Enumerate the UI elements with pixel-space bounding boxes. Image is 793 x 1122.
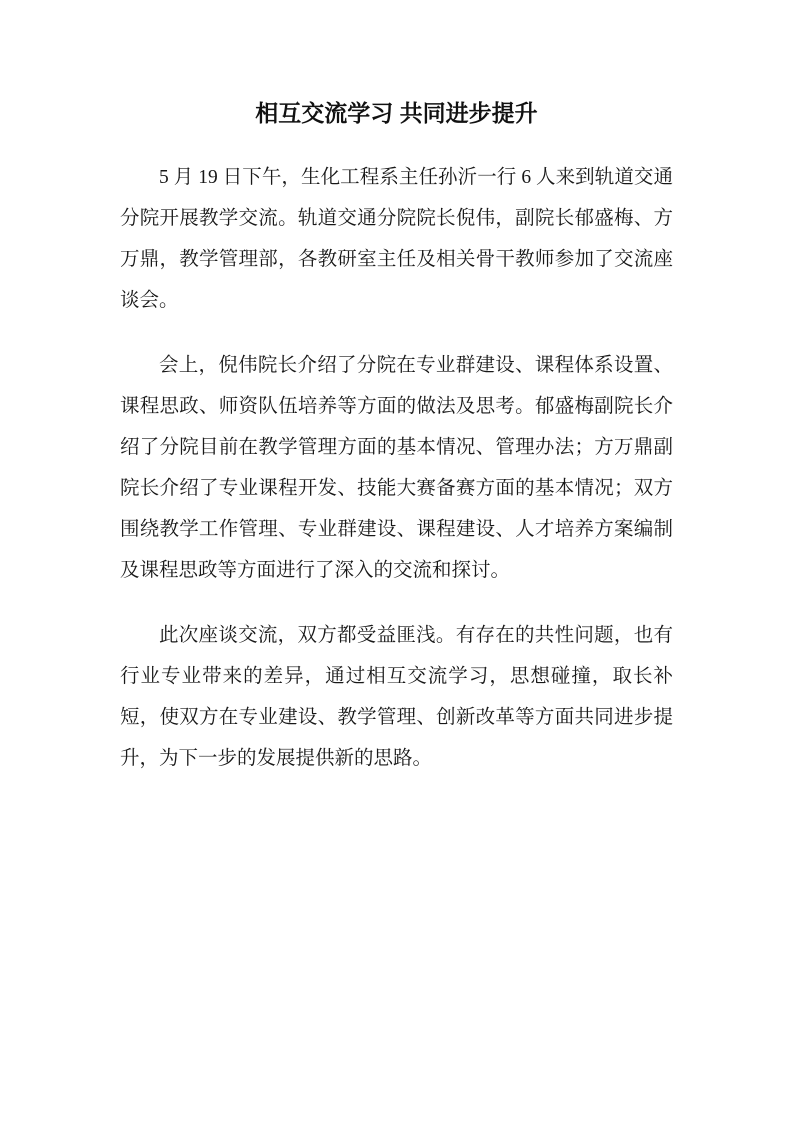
document-title: 相互交流学习 共同进步提升 xyxy=(120,97,673,129)
document-page: 相互交流学习 共同进步提升 5 月 19 日下午，生化工程系主任孙沂一行 6 人… xyxy=(0,0,793,1122)
paragraph: 5 月 19 日下午，生化工程系主任孙沂一行 6 人来到轨道交通分院开展教学交流… xyxy=(120,157,673,321)
document-body: 5 月 19 日下午，生化工程系主任孙沂一行 6 人来到轨道交通分院开展教学交流… xyxy=(120,157,673,779)
paragraph: 会上，倪伟院长介绍了分院在专业群建设、课程体系设置、课程思政、师资队伍培养等方面… xyxy=(120,345,673,591)
paragraph: 此次座谈交流，双方都受益匪浅。有存在的共性问题，也有行业专业带来的差异，通过相互… xyxy=(120,615,673,779)
